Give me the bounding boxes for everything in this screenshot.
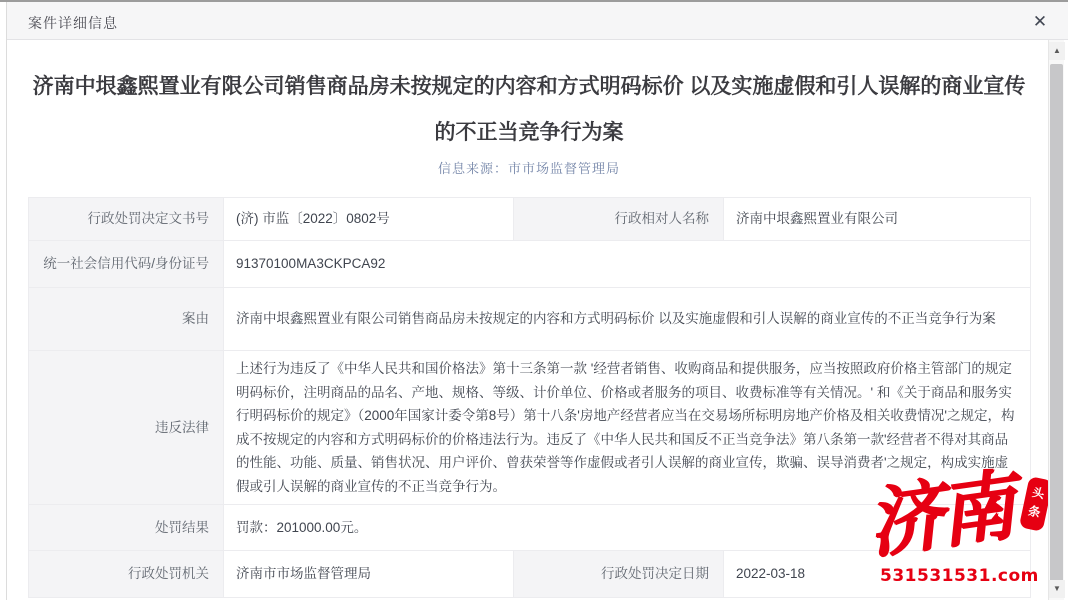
credit-code-label: 统一社会信用代码/身份证号 [29,241,224,288]
cause-value: 济南中垠鑫熙置业有限公司销售商品房未按规定的内容和方式明码标价 以及实施虚假和引… [224,288,1031,351]
law-value: 上述行为违反了《中华人民共和国价格法》第十三条第一款 '经营者销售、收购商品和提… [224,351,1031,505]
scrollbar-thumb[interactable] [1050,64,1063,594]
case-detail-modal: 案件详细信息 ✕ 济南中垠鑫熙置业有限公司销售商品房未按规定的内容和方式明码标价… [0,0,1068,600]
modal-content: 济南中垠鑫熙置业有限公司销售商品房未按规定的内容和方式明码标价 以及实施虚假和引… [7,40,1048,600]
authority-value: 济南市市场监督管理局 [224,551,514,598]
table-row: 行政处罚机关 济南市市场监督管理局 行政处罚决定日期 2022-03-18 [29,551,1031,598]
table-row: 案由 济南中垠鑫熙置业有限公司销售商品房未按规定的内容和方式明码标价 以及实施虚… [29,288,1031,351]
table-row: 违反法律 上述行为违反了《中华人民共和国价格法》第十三条第一款 '经营者销售、收… [29,351,1031,505]
close-icon[interactable]: ✕ [1028,10,1052,34]
doc-no-label: 行政处罚决定文书号 [29,198,224,241]
scroll-down-icon[interactable]: ▼ [1049,580,1065,598]
scroll-up-icon[interactable]: ▲ [1049,42,1065,60]
date-value: 2022-03-18 [724,551,1031,598]
credit-code-value: 91370100MA3CKPCA92 [224,241,1031,288]
date-label: 行政处罚决定日期 [514,551,724,598]
vertical-scrollbar[interactable]: ▲ ▼ [1048,40,1064,600]
penalty-label: 处罚结果 [29,505,224,551]
party-label: 行政相对人名称 [514,198,724,241]
law-label: 违反法律 [29,351,224,505]
doc-no-value: (济) 市监〔2022〕0802号 [224,198,514,241]
modal-title: 案件详细信息 [28,13,118,33]
case-detail-table: 行政处罚决定文书号 (济) 市监〔2022〕0802号 行政相对人名称 济南中垠… [28,197,1031,598]
modal-header: 案件详细信息 ✕ [7,2,1068,40]
table-row: 统一社会信用代码/身份证号 91370100MA3CKPCA92 [29,241,1031,288]
case-source-line: 信息来源：市市场监督管理局 [28,158,1030,177]
table-row: 处罚结果 罚款：201000.00元。 [29,505,1031,551]
table-row: 行政处罚决定文书号 (济) 市监〔2022〕0802号 行政相对人名称 济南中垠… [29,198,1031,241]
penalty-value: 罚款：201000.00元。 [224,505,1031,551]
party-value: 济南中垠鑫熙置业有限公司 [724,198,1031,241]
authority-label: 行政处罚机关 [29,551,224,598]
cause-label: 案由 [29,288,224,351]
case-title: 济南中垠鑫熙置业有限公司销售商品房未按规定的内容和方式明码标价 以及实施虚假和引… [28,64,1030,156]
